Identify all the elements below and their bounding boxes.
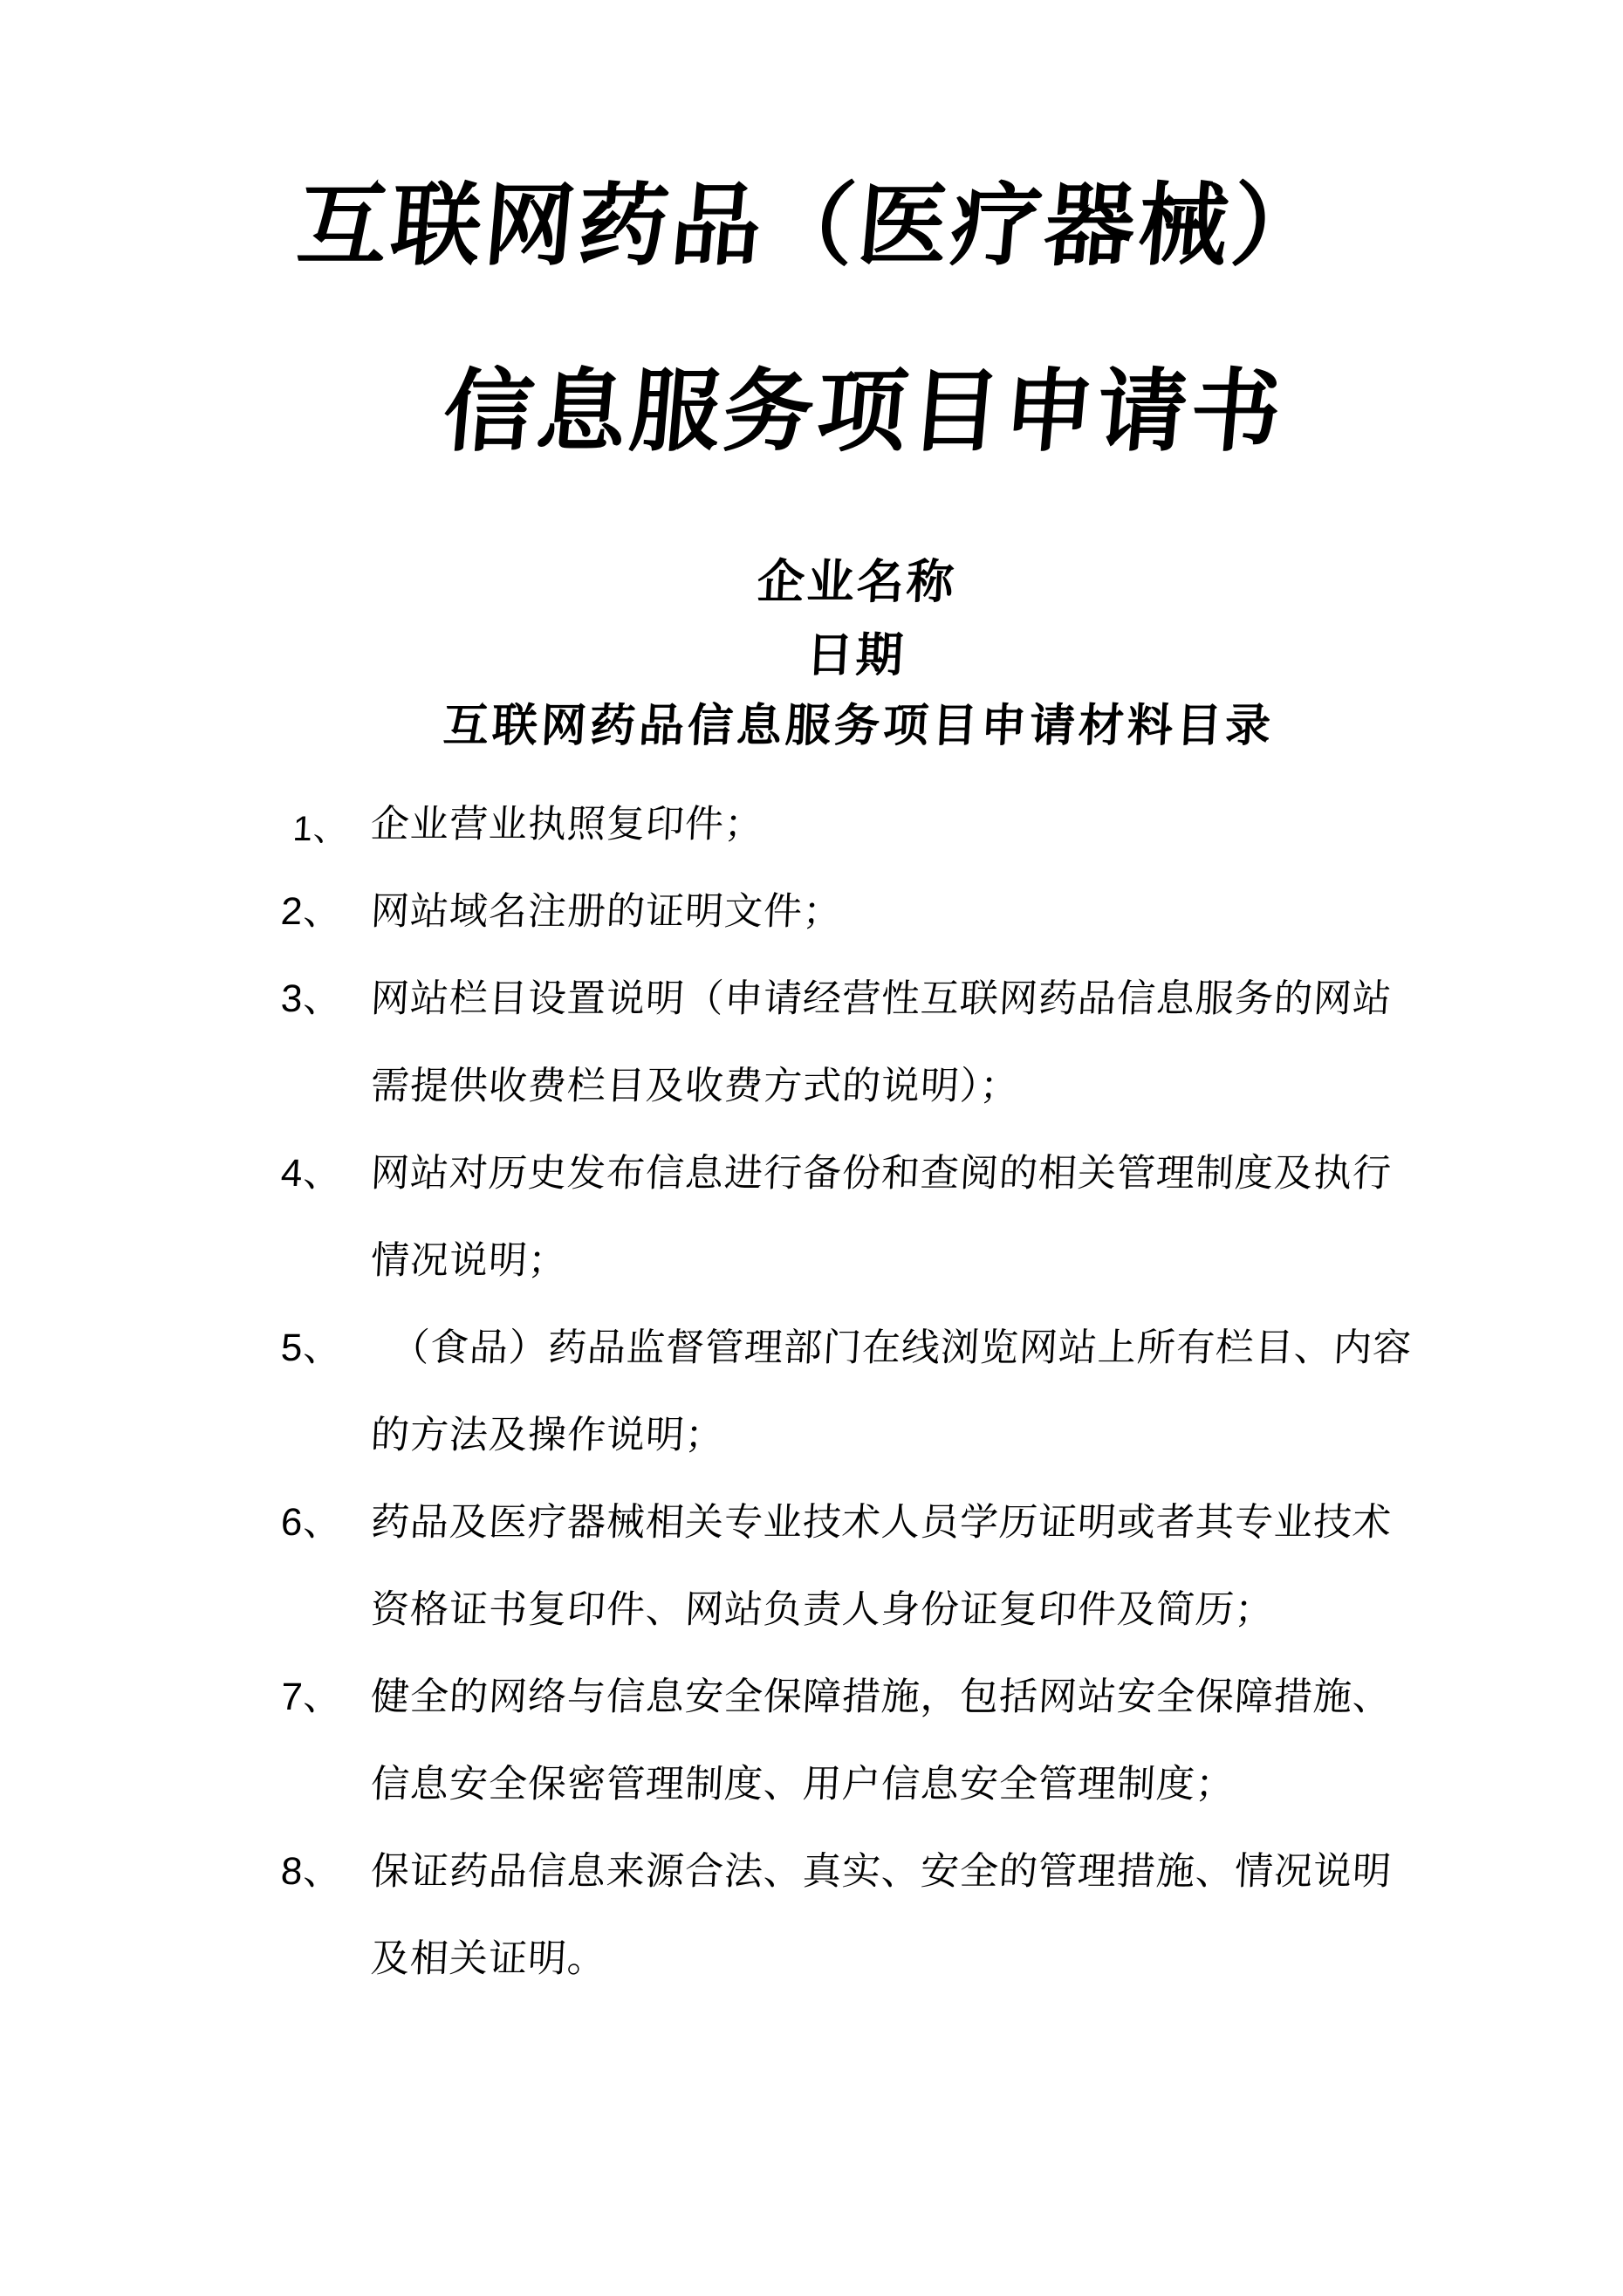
catalog-item-4: 4、网站对历史发布信息进行备份和查阅的相关管理制度及执行 bbox=[278, 1130, 1417, 1217]
document-title-line-1: 互联网药品（医疗器械） bbox=[0, 181, 1623, 271]
item-text: 的方法及操作说明； bbox=[370, 1416, 725, 1455]
catalog-heading: 互联网药品信息服务项目申请材料目录 bbox=[46, 703, 1623, 749]
catalog-item-5: 5、 （食品）药品监督管理部门在线浏览网站上所有栏目、内容 bbox=[278, 1305, 1417, 1392]
item-text: 保证药品信息来源合法、真实、安全的管理措施、情况说明 bbox=[370, 1853, 1393, 1891]
catalog-list: 1、企业营业执照复印件； 2、网站域名注册的证明文件； 3、网站栏目设置说明（申… bbox=[281, 781, 1415, 2003]
item-text: 网站对历史发布信息进行备份和查阅的相关管理制度及执行 bbox=[370, 1155, 1393, 1193]
item-text: 网站栏目设置说明（申请经营性互联网药品信息服务的网站 bbox=[370, 980, 1393, 1018]
item-text: 情况说明； bbox=[370, 1242, 568, 1280]
catalog-item-8-continuation: 及相关证明。 bbox=[278, 1916, 1417, 2003]
item-number: 4、 bbox=[280, 1155, 372, 1193]
company-name-label: 企业名称 bbox=[45, 559, 1623, 606]
item-text: 资格证书复印件、网站负责人身份证复印件及简历； bbox=[370, 1591, 1275, 1629]
item-number: 2、 bbox=[280, 893, 372, 931]
catalog-item-3-continuation: 需提供收费栏目及收费方式的说明）； bbox=[278, 1043, 1417, 1130]
catalog-item-8: 8、保证药品信息来源合法、真实、安全的管理措施、情况说明 bbox=[278, 1828, 1417, 1916]
catalog-item-6-continuation: 资格证书复印件、网站负责人身份证复印件及简历； bbox=[278, 1566, 1417, 1654]
catalog-item-6: 6、药品及医疗器械相关专业技术人员学历证明或者其专业技术 bbox=[278, 1479, 1417, 1566]
catalog-item-1: 1、企业营业执照复印件； bbox=[278, 781, 1417, 868]
item-text: （食品）药品监督管理部门在线浏览网站上所有栏目、内容 bbox=[370, 1329, 1413, 1367]
catalog-item-2: 2、网站域名注册的证明文件； bbox=[278, 868, 1417, 956]
item-text: 及相关证明。 bbox=[370, 1940, 607, 1978]
item-text: 网站域名注册的证明文件； bbox=[370, 893, 843, 931]
item-text: 企业营业执照复印件； bbox=[370, 805, 764, 844]
catalog-item-4-continuation: 情况说明； bbox=[278, 1217, 1417, 1305]
catalog-item-7-continuation: 信息安全保密管理制度、用户信息安全管理制度； bbox=[278, 1741, 1417, 1828]
document-title-line-2: 信息服务项目申请书 bbox=[48, 367, 1623, 456]
item-text: 健全的网络与信息安全保障措施，包括网站安全保障措施、 bbox=[370, 1678, 1393, 1717]
item-number: 8、 bbox=[280, 1853, 372, 1891]
item-text: 需提供收费栏目及收费方式的说明）； bbox=[370, 1067, 1020, 1106]
date-label: 日期 bbox=[44, 632, 1623, 679]
item-number: 7、 bbox=[280, 1678, 372, 1717]
catalog-item-5-continuation: 的方法及操作说明； bbox=[278, 1392, 1417, 1479]
item-number: 1、 bbox=[280, 812, 372, 846]
document-page: 互联网药品（医疗器械） 信息服务项目申请书 企业名称 日期 互联网药品信息服务项… bbox=[0, 0, 1623, 2296]
item-text: 药品及医疗器械相关专业技术人员学历证明或者其专业技术 bbox=[370, 1504, 1393, 1542]
item-number: 5、 bbox=[280, 1329, 372, 1367]
item-text: 信息安全保密管理制度、用户信息安全管理制度； bbox=[370, 1765, 1236, 1804]
catalog-item-7: 7、健全的网络与信息安全保障措施，包括网站安全保障措施、 bbox=[278, 1654, 1417, 1741]
item-number: 6、 bbox=[280, 1504, 372, 1542]
catalog-item-3: 3、网站栏目设置说明（申请经营性互联网药品信息服务的网站 bbox=[278, 956, 1417, 1043]
item-number: 3、 bbox=[280, 980, 372, 1018]
